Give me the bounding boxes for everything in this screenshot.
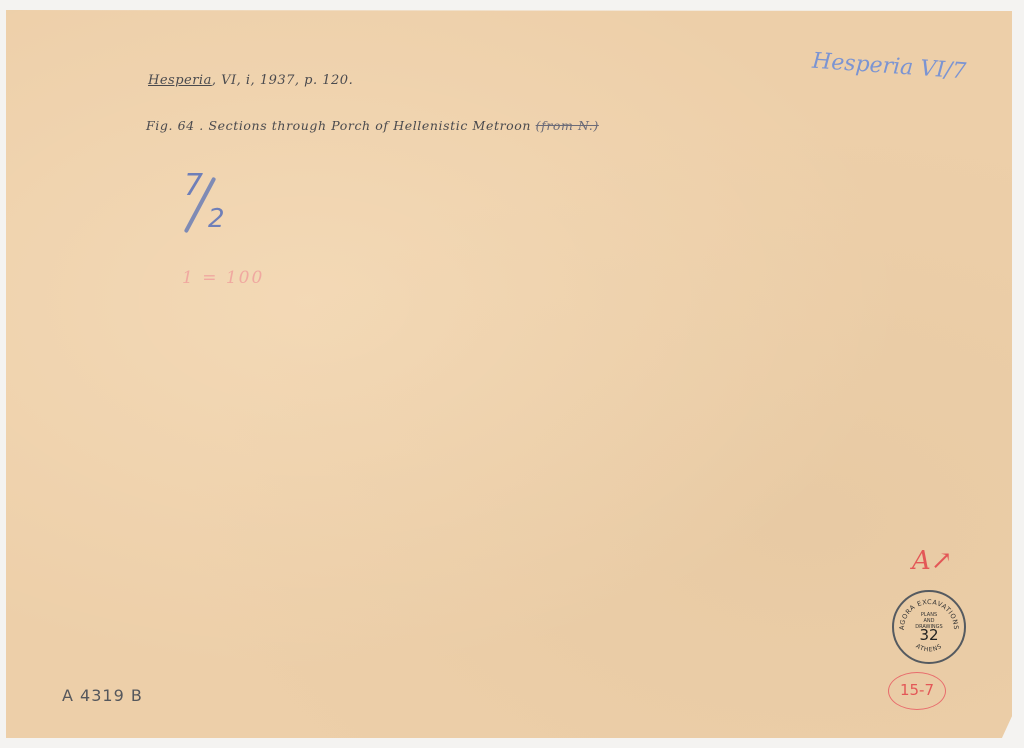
caption-text: Fig. 64 . Sections through Porch of Hell… [146,118,531,133]
agora-excavations-stamp: AGORA EXCAVATIONS ATHENS PLANS AND DRAWI… [892,590,966,664]
figure-caption: Fig. 64 . Sections through Porch of Hell… [146,118,599,133]
document-sheet: Hesperia, VI, i, 1937, p. 120. Fig. 64 .… [6,10,1012,738]
inventory-number: A 4319 B [62,686,143,705]
fraction-denominator: 2 [208,204,225,234]
archive-mark: A↗ [912,546,953,576]
journal-reference: Hesperia VI/7 [811,49,967,85]
svg-text:ATHENS: ATHENS [914,643,943,654]
stamp-number: 32 [894,626,964,644]
citation-details: , VI, i, 1937, p. 120. [212,73,353,88]
circled-code: 15-7 [888,672,946,710]
scale-note: 1 = 100 [182,268,264,288]
citation-journal: Hesperia [148,73,212,88]
circled-code-text: 15-7 [889,681,945,699]
caption-struck-text: (from N.) [536,118,599,133]
sheet-fraction: 7 2 [178,168,248,248]
publication-citation: Hesperia, VI, i, 1937, p. 120. [148,73,353,88]
